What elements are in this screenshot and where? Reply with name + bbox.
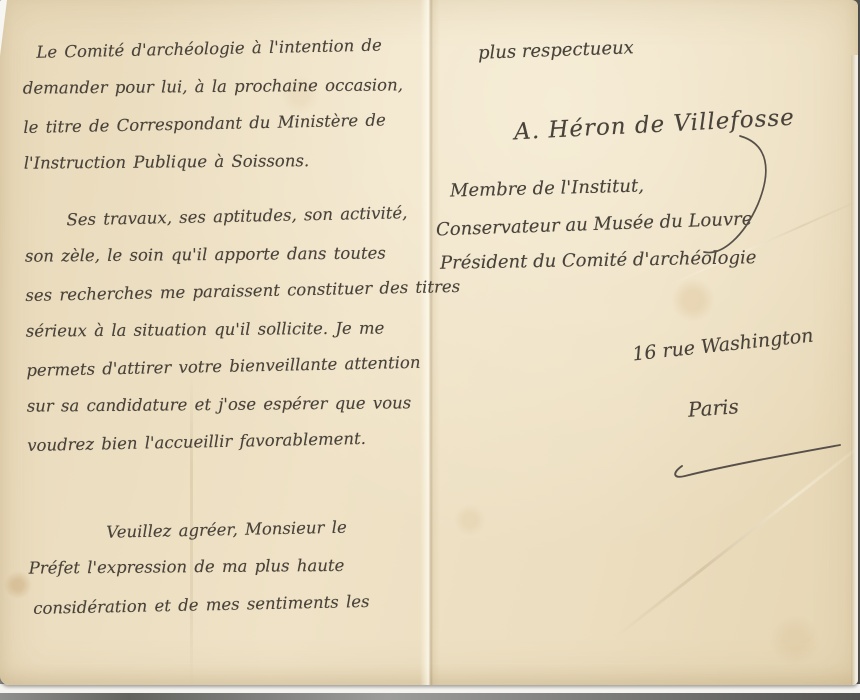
handwritten-line: le titre de Correspondant du Ministère d… bbox=[23, 101, 414, 147]
paragraph-1: Le Comité d'archéologie à l'intention de… bbox=[22, 28, 414, 183]
paragraph-2: Ses travaux, ses aptitudes, son activité… bbox=[24, 196, 417, 463]
handwritten-line: Le Comité d'archéologie à l'intention de bbox=[36, 26, 413, 71]
address-line: Paris bbox=[687, 394, 739, 421]
address-line: 16 rue Washington bbox=[631, 325, 814, 366]
handwritten-line: l'Instruction Publique à Soissons. bbox=[24, 141, 414, 182]
handwritten-line: ses recherches me paraissent constituer … bbox=[25, 269, 416, 315]
signer-title-line: Membre de l'Institut, bbox=[450, 175, 644, 201]
handwritten-line: permets d'attirer votre bienveillante at… bbox=[26, 344, 417, 390]
handwritten-line: sur sa candidature et j'ose espérer que … bbox=[27, 384, 417, 425]
signer-title-line: Conservateur au Musée du Louvre bbox=[436, 208, 753, 240]
letter-page-left: Le Comité d'archéologie à l'intention de… bbox=[0, 0, 436, 685]
underline-flourish bbox=[675, 445, 840, 477]
handwritten-line: voudrez bien l'accueillir favorablement. bbox=[27, 419, 418, 465]
signer-title-line: Président du Comité d'archéologie bbox=[440, 247, 757, 274]
letter-page-right: plus respectueux A. Héron de Villefosse … bbox=[432, 0, 858, 685]
handwritten-line: son zèle, le soin qu'il apporte dans tou… bbox=[25, 234, 415, 275]
handwritten-line: Veuillez agréer, Monsieur le bbox=[106, 507, 419, 551]
handwritten-line: Préfet l'expression de ma plus haute bbox=[29, 546, 419, 587]
scan-edge-strip bbox=[0, 684, 860, 693]
handwritten-line: Ses travaux, ses aptitudes, son activité… bbox=[66, 194, 415, 239]
handwritten-line: considération et de mes sentiments les bbox=[33, 581, 420, 627]
letter-sheet: Le Comité d'archéologie à l'intention de… bbox=[0, 0, 858, 685]
handwritten-line: demander pour lui, à la prochaine occasi… bbox=[23, 66, 413, 107]
paragraph-3: Veuillez agréer, Monsieur le Préfet l'ex… bbox=[28, 508, 419, 625]
scanner-background: Le Comité d'archéologie à l'intention de… bbox=[0, 0, 860, 700]
signature: A. Héron de Villefosse bbox=[514, 105, 796, 146]
handwritten-line: sérieux à la situation qu'il sollicite. … bbox=[26, 309, 416, 350]
signature-tail-flourish bbox=[704, 136, 766, 253]
closing-line: plus respectueux bbox=[478, 37, 634, 63]
